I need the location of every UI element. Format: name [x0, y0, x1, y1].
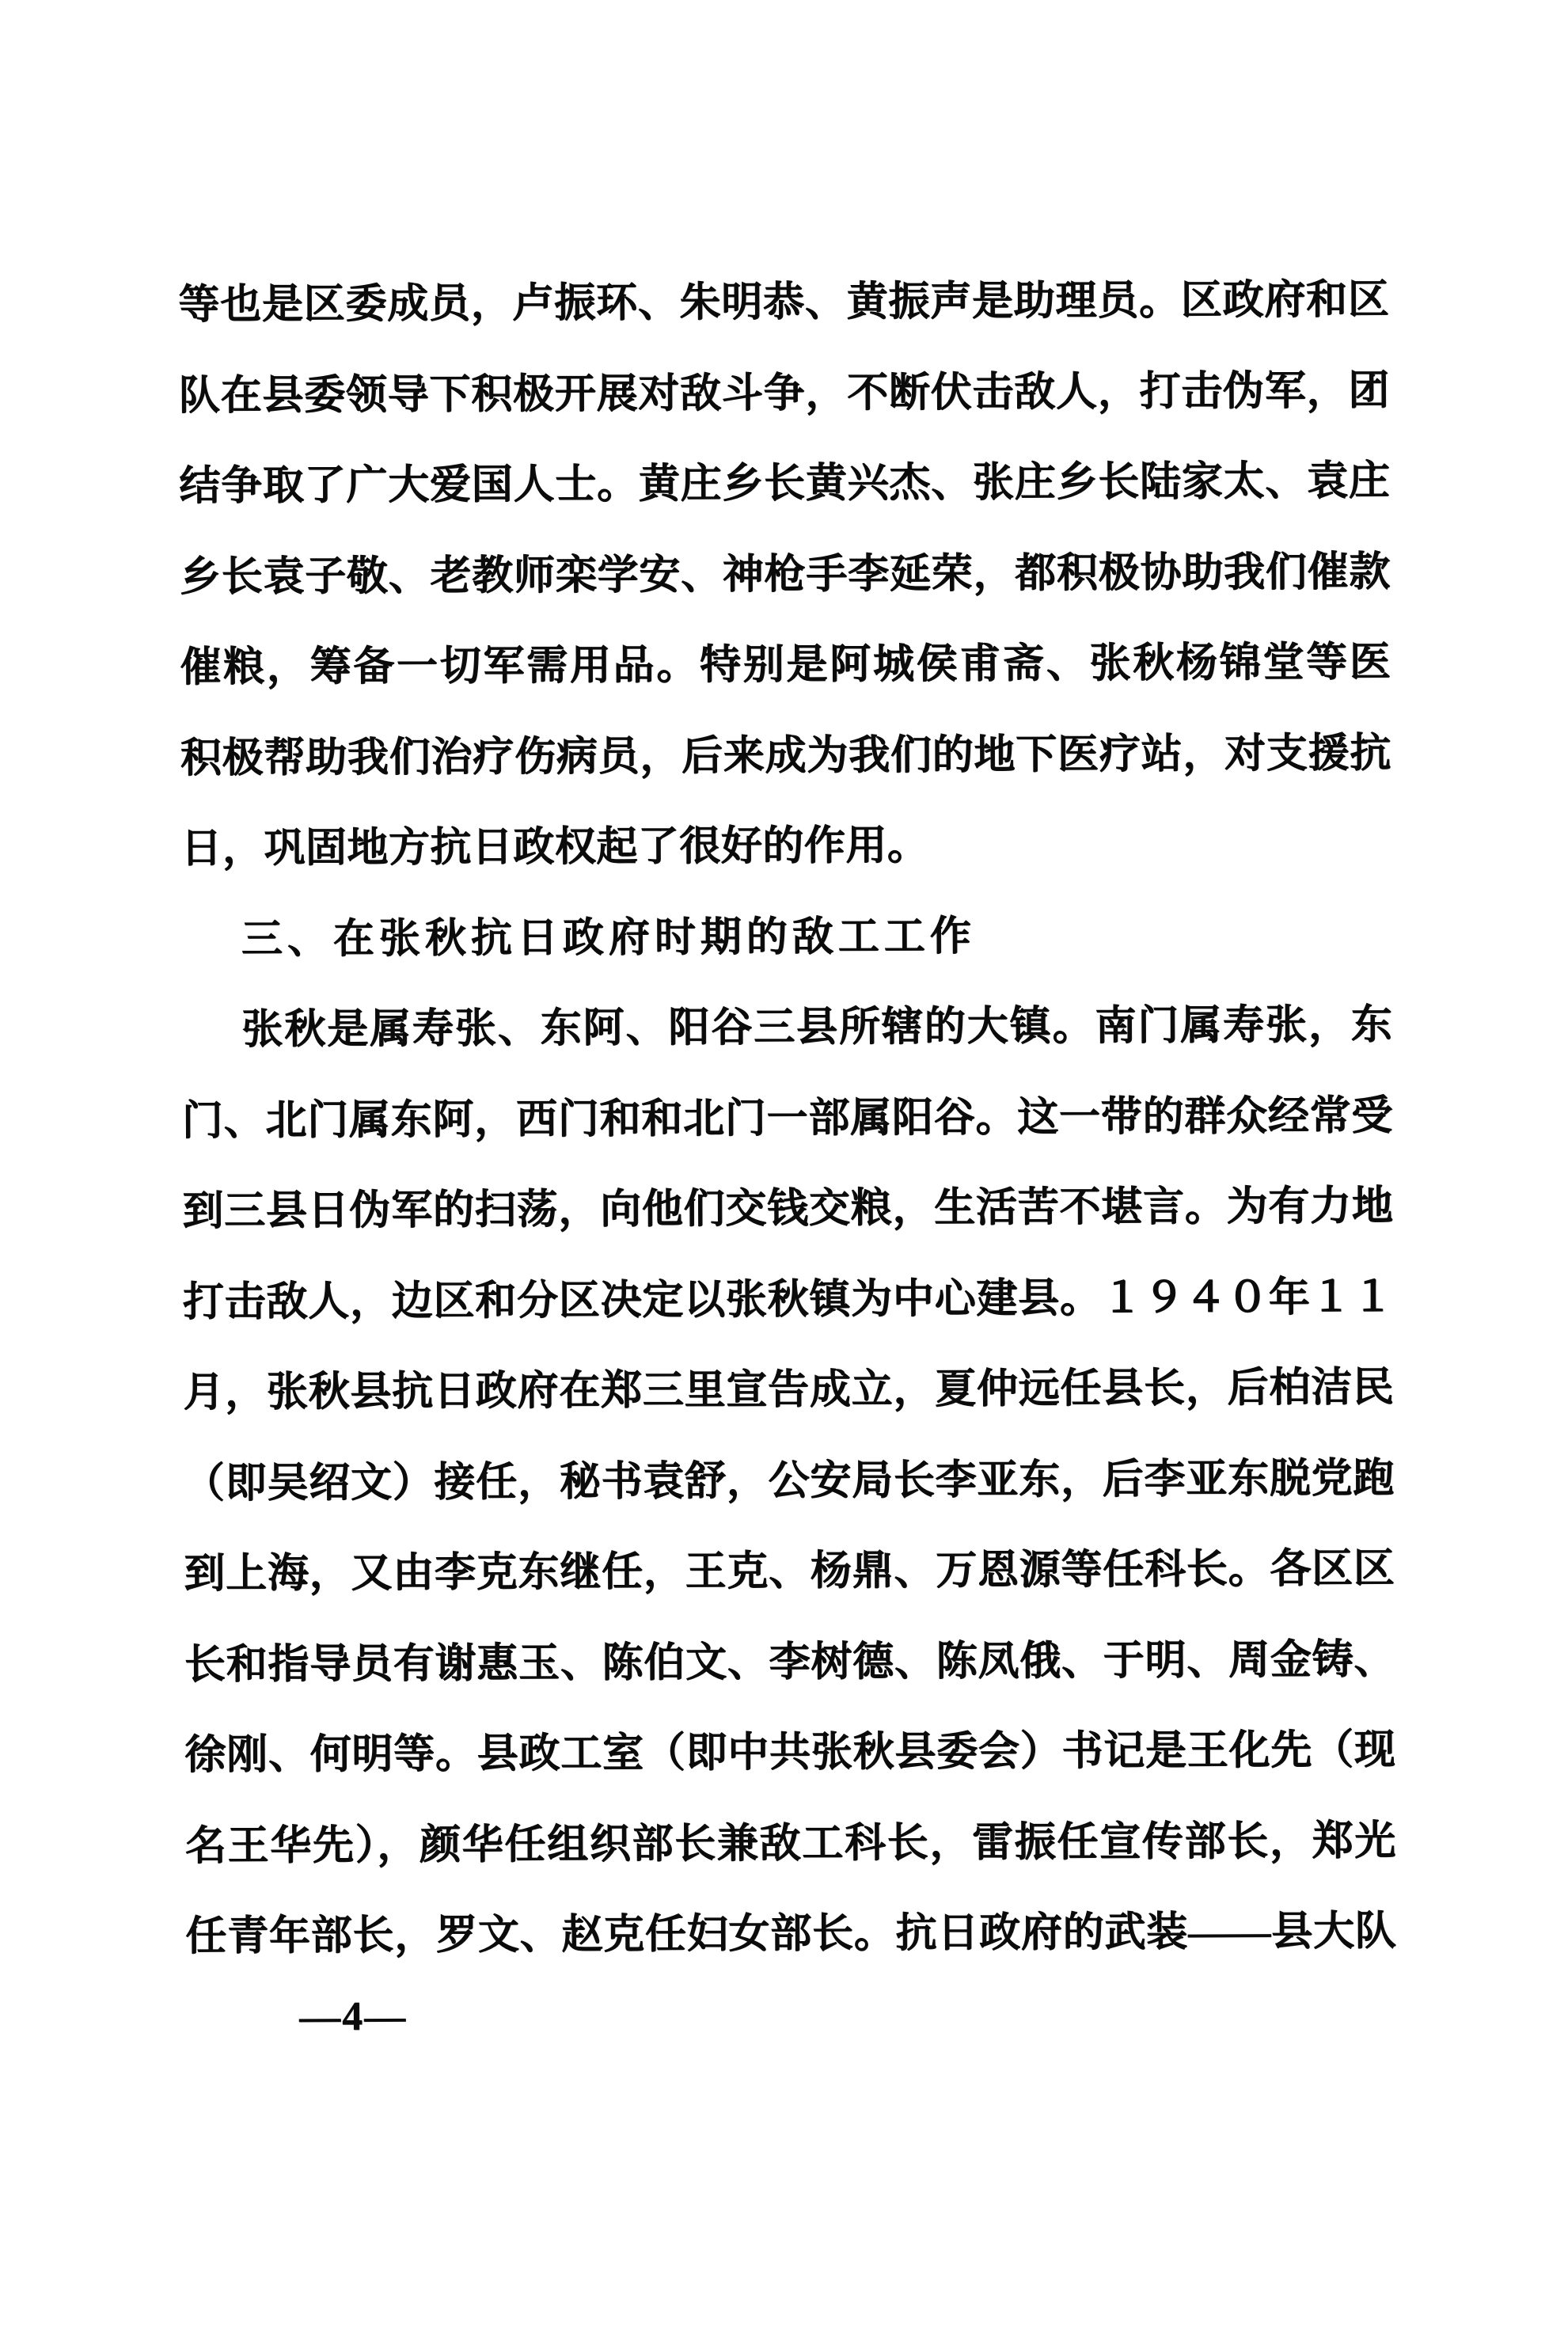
text-line: 等也是区委成员，卢振环、朱明恭、黄振声是助理员。区政府和区: [178, 255, 1389, 351]
text-line: 名王华先），颜华任组织部长兼敌工科长，雷振任宣传部长，郑光: [184, 1796, 1395, 1892]
text-line: 长和指导员有谢惠玉、陈伯文、李树德、陈凤俄、于明、周金铸、: [184, 1615, 1395, 1711]
text-line: 任青年部长，罗文、赵克任妇女部长。抗日政府的武装——县大队: [185, 1886, 1396, 1982]
text-line: 张秋是属寿张、东阿、阳谷三县所辖的大镇。南门属寿张，东: [181, 980, 1392, 1076]
text-line: 队在县委领导下积极开展对敌斗争，不断伏击敌人，打击伪军，团: [178, 346, 1389, 442]
text-line: 积极帮助我们治疗伤病员，后来成为我们的地下医疗站，对支援抗: [180, 709, 1391, 804]
text-line: 乡长袁子敬、老教师栾学安、神枪手李延荣，都积极协助我们催款: [179, 527, 1390, 623]
text-line: 日，巩固地方抗日政权起了很好的作用。: [180, 799, 1391, 895]
document-text-block: 等也是区委成员，卢振环、朱明恭、黄振声是助理员。区政府和区 队在县委领导下积极开…: [178, 255, 1396, 1982]
text-line: 催粮，筹备一切军需用品。特别是阿城侯甫斋、张秋杨锦堂等医生，: [180, 617, 1391, 713]
text-line: 打击敌人，边区和分区决定以张秋镇为中心建县。１９４０年１１: [182, 1252, 1393, 1348]
text-line: 徐刚、何明等。县政工室（即中共张秋县委会）书记是王化先（现: [184, 1705, 1395, 1801]
text-line: 门、北门属东阿，西门和和北门一部属阳谷。这一带的群众经常受: [181, 1071, 1392, 1167]
text-line: 三、在张秋抗日政府时期的敌工工作: [180, 890, 1391, 986]
page-number: —4—: [299, 1993, 407, 2041]
text-line: 到上海，又由李克东继任，王克、杨鼎、万恩源等任科长。各区区: [184, 1524, 1395, 1620]
text-line: 月，张秋县抗日政府在郑三里宣告成立，夏仲远任县长，后柏洁民: [183, 1343, 1394, 1438]
text-line: （即吴绍文）接任，秘书袁舒，公安局长李亚东，后李亚东脱党跑: [183, 1434, 1394, 1529]
text-line: 结争取了广大爱国人士。黄庄乡长黄兴杰、张庄乡长陆家太、袁庄: [179, 436, 1390, 532]
text-line: 到三县日伪军的扫荡，向他们交钱交粮，生活苦不堪言。为有力地: [182, 1161, 1393, 1257]
scanned-document-page: 等也是区委成员，卢振环、朱明恭、黄振声是助理员。区政府和区 队在县委领导下积极开…: [0, 0, 1568, 2329]
